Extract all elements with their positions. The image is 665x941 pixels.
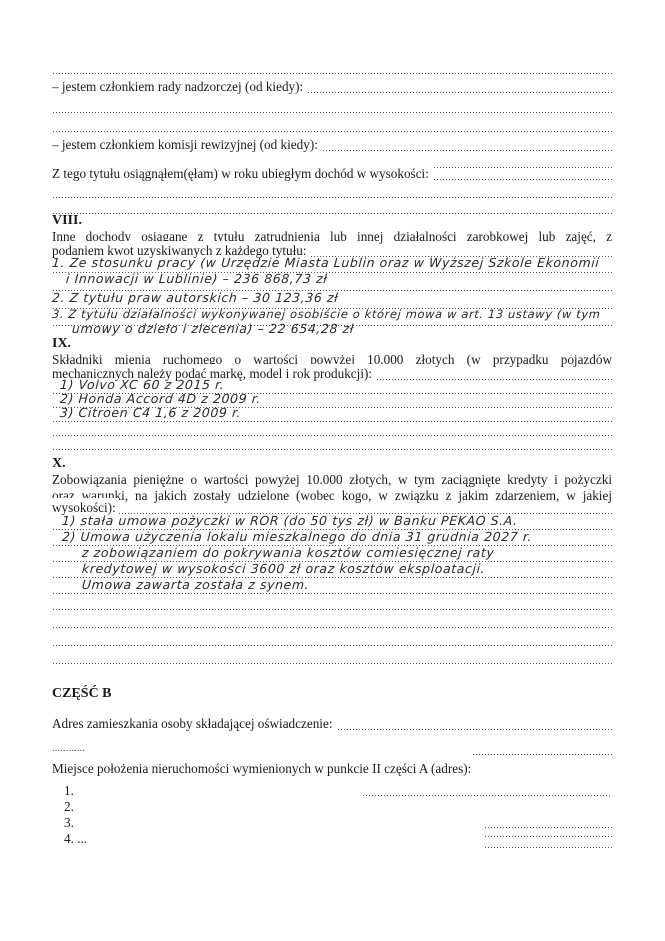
blank-line xyxy=(52,58,612,78)
address-dots xyxy=(472,754,612,755)
handwritten-income-3a: 3. Z tytułu działalności wykonywanej oso… xyxy=(52,307,602,321)
blank-line xyxy=(52,97,612,117)
blank-line xyxy=(52,116,612,136)
blank-line xyxy=(52,648,612,668)
section-x-description-1: Zobowiązania pieniężne o wartości powyże… xyxy=(52,472,612,488)
handwritten-income-2: 2. Z tytułu praw autorskich – 30 123,36 … xyxy=(51,290,338,305)
property-item-1: 1. xyxy=(52,783,612,799)
blank-line xyxy=(52,630,612,650)
dochod-row: Z tego tytułu osiągnąłem(ęłam) w roku ub… xyxy=(52,164,612,184)
handwritten-liability-1: 1) stała umowa pożyczki w ROR (do 50 tys… xyxy=(61,513,518,528)
rada-nadzorcza-label: – jestem członkiem rady nadzorczej (od k… xyxy=(52,77,306,97)
blank-line xyxy=(52,594,612,614)
handwritten-liability-2a: 2) Umowa użyczenia lokalu mieszkalnego d… xyxy=(61,529,532,544)
address-row: Adres zamieszkania osoby składającej ośw… xyxy=(52,714,612,734)
handwritten-income-1b: i Innowacji w Lublinie) – 236 868,73 zł xyxy=(65,271,328,286)
handwritten-vehicle-1: 1) Volvo XC 60 z 2015 r. xyxy=(59,377,224,392)
blank-line xyxy=(52,612,612,632)
rada-nadzorcza-row: – jestem członkiem rady nadzorczej (od k… xyxy=(52,77,612,97)
section-x-heading: X. xyxy=(52,456,66,472)
handwritten-vehicle-2: 2) Honda Accord 4D z 2009 r. xyxy=(59,391,261,406)
property-label: Miejsce położenia nieruchomości wymienio… xyxy=(52,759,471,779)
property-item-3: 3. xyxy=(52,815,612,831)
handwritten-income-1a: 1. Ze stosunku pracy (w Urzędzie Miasta … xyxy=(51,255,599,270)
part-b-heading: CZĘŚĆ B xyxy=(52,686,112,702)
handwritten-liability-2c: kredytowej w wysokości 3600 zł oraz kosz… xyxy=(81,561,485,576)
handwritten-income-3b: umowy o dzieło i zlecenia) – 22 654,28 z… xyxy=(71,321,354,336)
address-label: Adres zamieszkania osoby składającej ośw… xyxy=(52,714,336,734)
section-viii-heading: VIII. xyxy=(52,213,82,229)
dochod-label: Z tego tytułu osiągnąłem(ęłam) w roku ub… xyxy=(52,164,432,184)
blank-line xyxy=(52,198,612,218)
handwritten-liability-2b: z zobowiązaniem do pokrywania kosztów co… xyxy=(81,545,494,560)
section-ix-heading: IX. xyxy=(52,336,71,352)
handwritten-vehicle-3: 3) Citroen C4 1,6 z 2009 r. xyxy=(59,405,241,420)
property-item-4: 4. ... xyxy=(52,831,612,847)
address-continuation: ............ xyxy=(52,738,85,758)
blank-line xyxy=(52,434,612,454)
handwritten-liability-2d: Umowa zawarta została z synem. xyxy=(81,577,309,592)
property-item-2: 2. xyxy=(52,799,612,815)
